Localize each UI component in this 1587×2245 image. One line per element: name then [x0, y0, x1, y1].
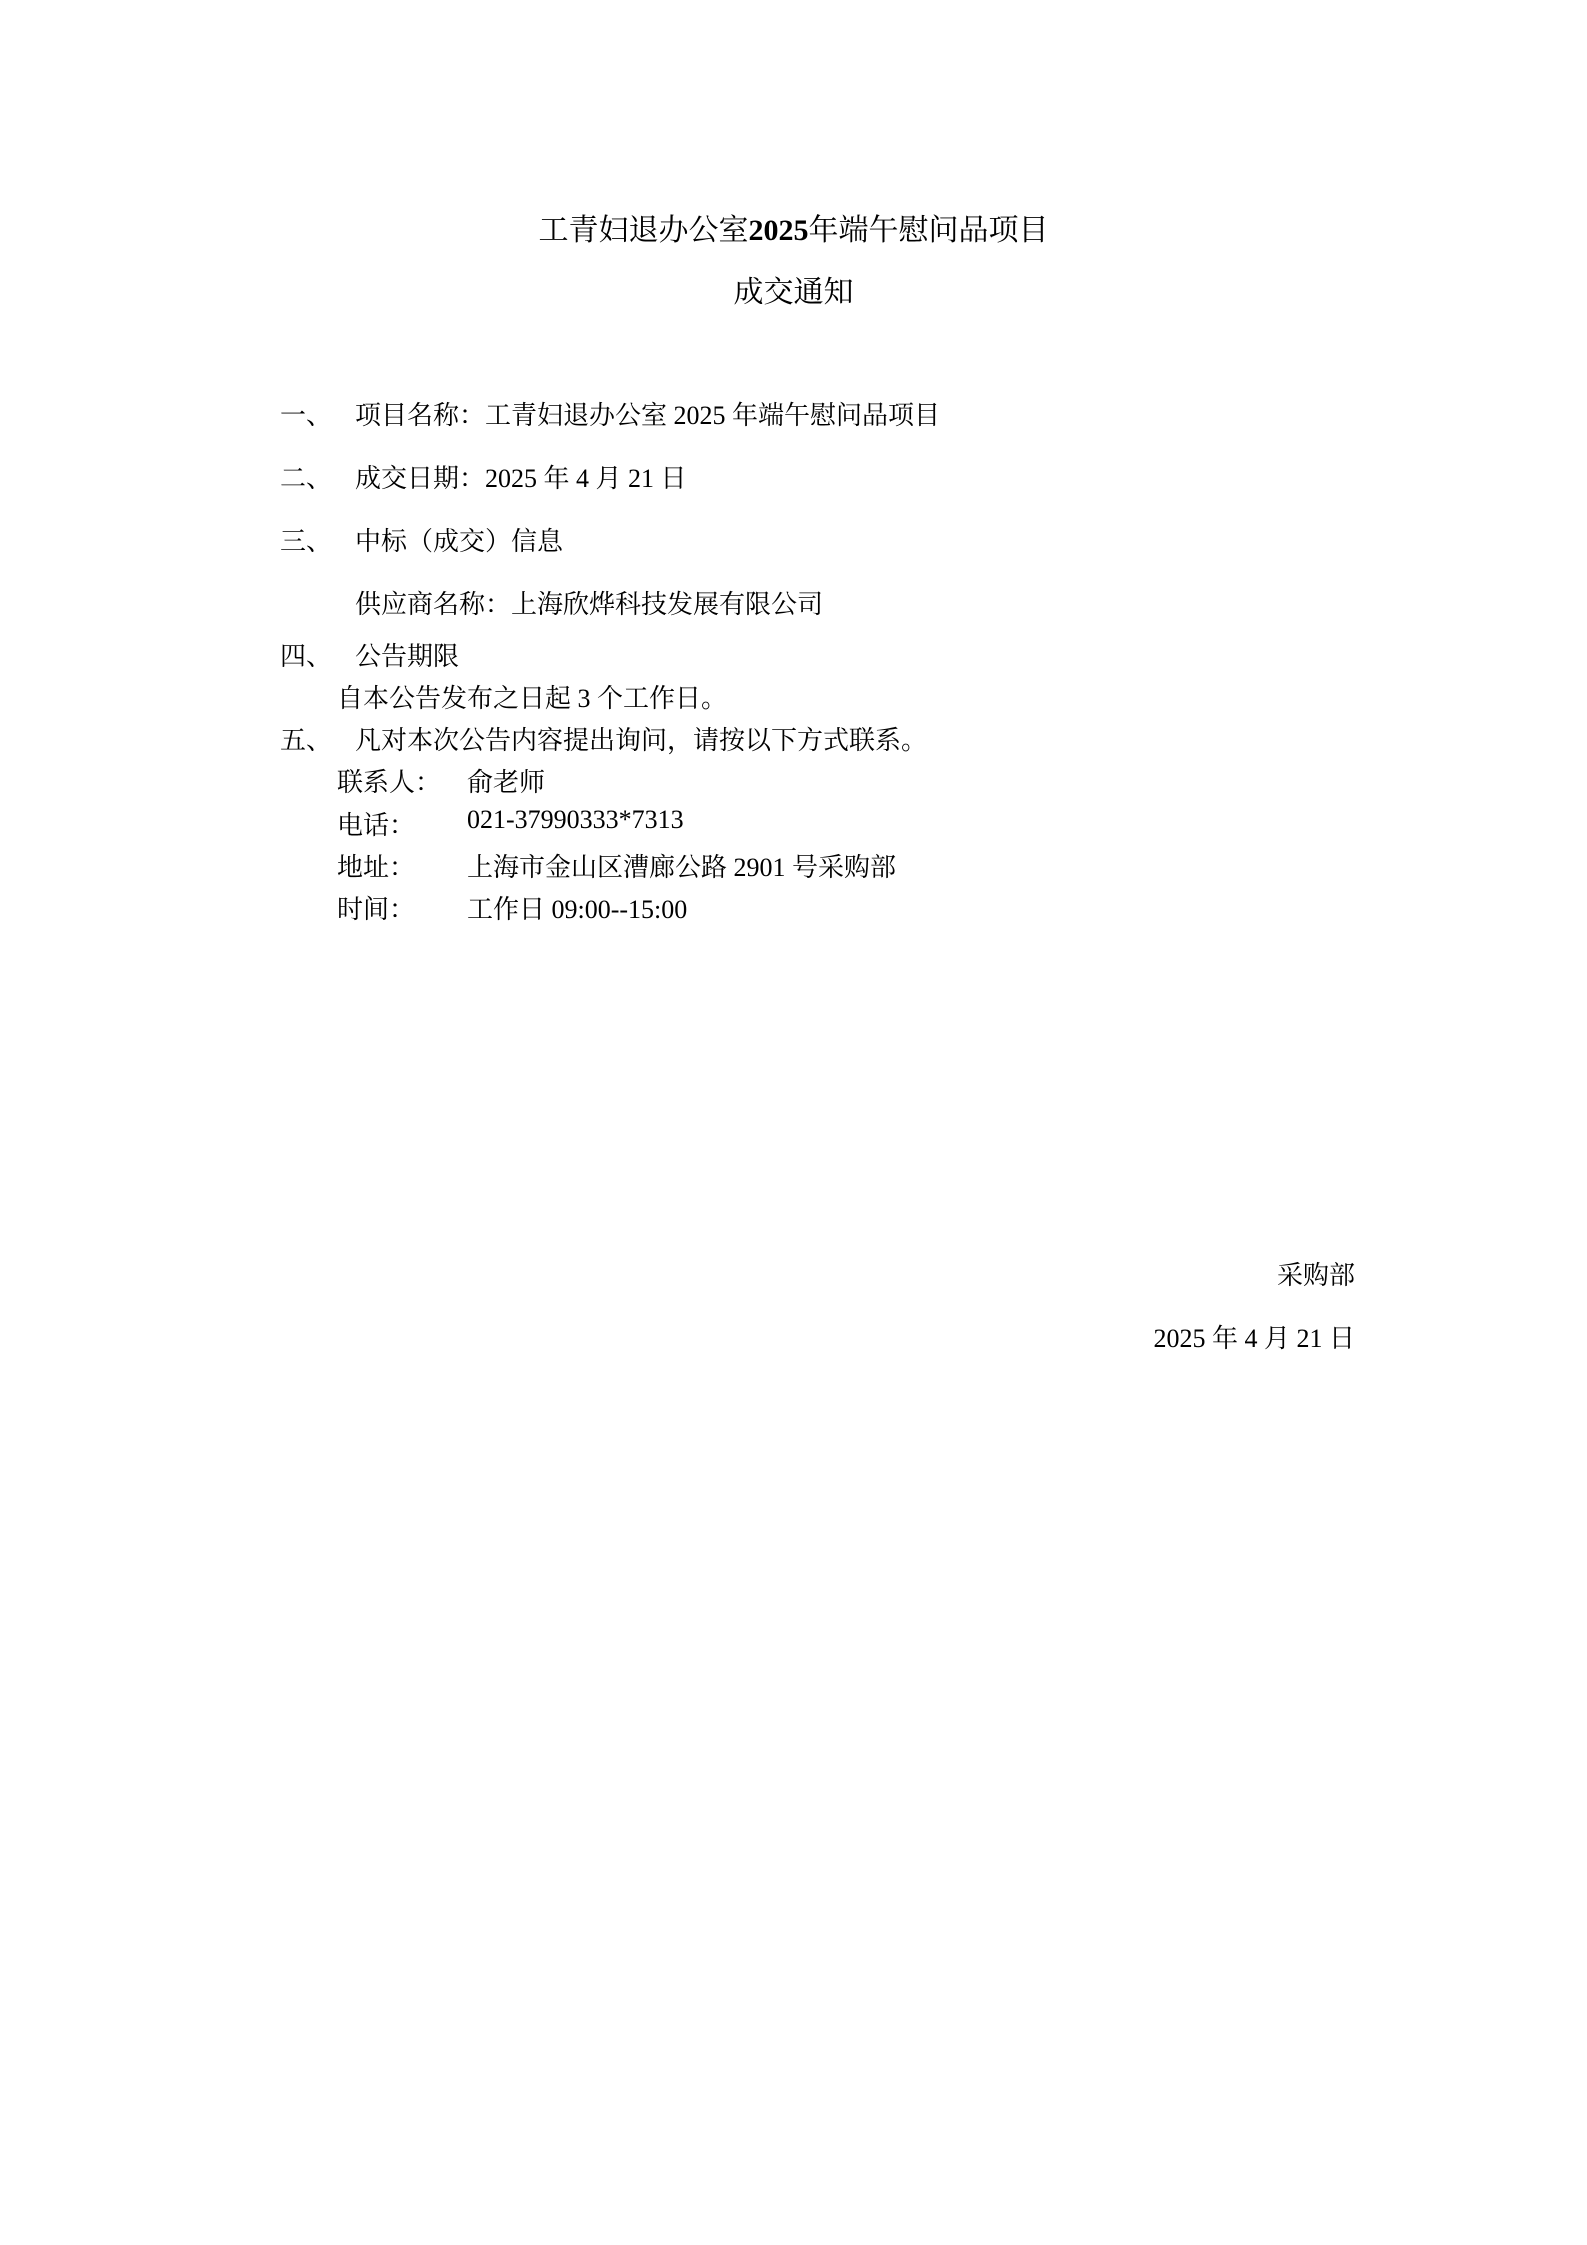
- section-index: 五、: [280, 720, 332, 757]
- contact-value: 上海市金山区漕廊公路 2901 号采购部: [467, 847, 896, 884]
- section-text: 凡对本次公告内容提出询问，请按以下方式联系。: [355, 720, 927, 757]
- contact-label: 电话：: [337, 805, 415, 842]
- notice-period-text: 自本公告发布之日起 3 个工作日。: [337, 678, 727, 715]
- signature-date: 2025 年 4 月 21 日: [1153, 1318, 1355, 1355]
- section-index: 四、: [280, 636, 332, 673]
- section-index: 三、: [280, 521, 332, 558]
- section-text: 公告期限: [355, 636, 459, 673]
- contact-value: 021-37990333*7313: [467, 805, 684, 835]
- contact-value: 俞老师: [467, 762, 545, 799]
- title-suffix: 年端午慰问品项目: [809, 214, 1049, 247]
- contact-value: 工作日 09:00--15:00: [467, 889, 687, 926]
- contact-label: 时间：: [337, 889, 415, 926]
- section-index: 一、: [280, 395, 332, 432]
- signature-department: 采购部: [1277, 1255, 1355, 1292]
- section-text: 项目名称：工青妇退办公室 2025 年端午慰问品项目: [355, 395, 940, 432]
- section-text: 成交日期：2025 年 4 月 21 日: [355, 458, 687, 495]
- contact-label: 地址：: [337, 847, 415, 884]
- supplier-name: 供应商名称：上海欣烨科技发展有限公司: [355, 584, 823, 621]
- document-subtitle: 成交通知: [0, 267, 1587, 311]
- section-text: 中标（成交）信息: [355, 521, 563, 558]
- contact-label: 联系人：: [337, 762, 441, 799]
- title-prefix: 工青妇退办公室: [539, 214, 749, 247]
- section-index: 二、: [280, 458, 332, 495]
- document-title: 工青妇退办公室2025年端午慰问品项目: [0, 205, 1587, 249]
- title-year: 2025: [749, 214, 809, 247]
